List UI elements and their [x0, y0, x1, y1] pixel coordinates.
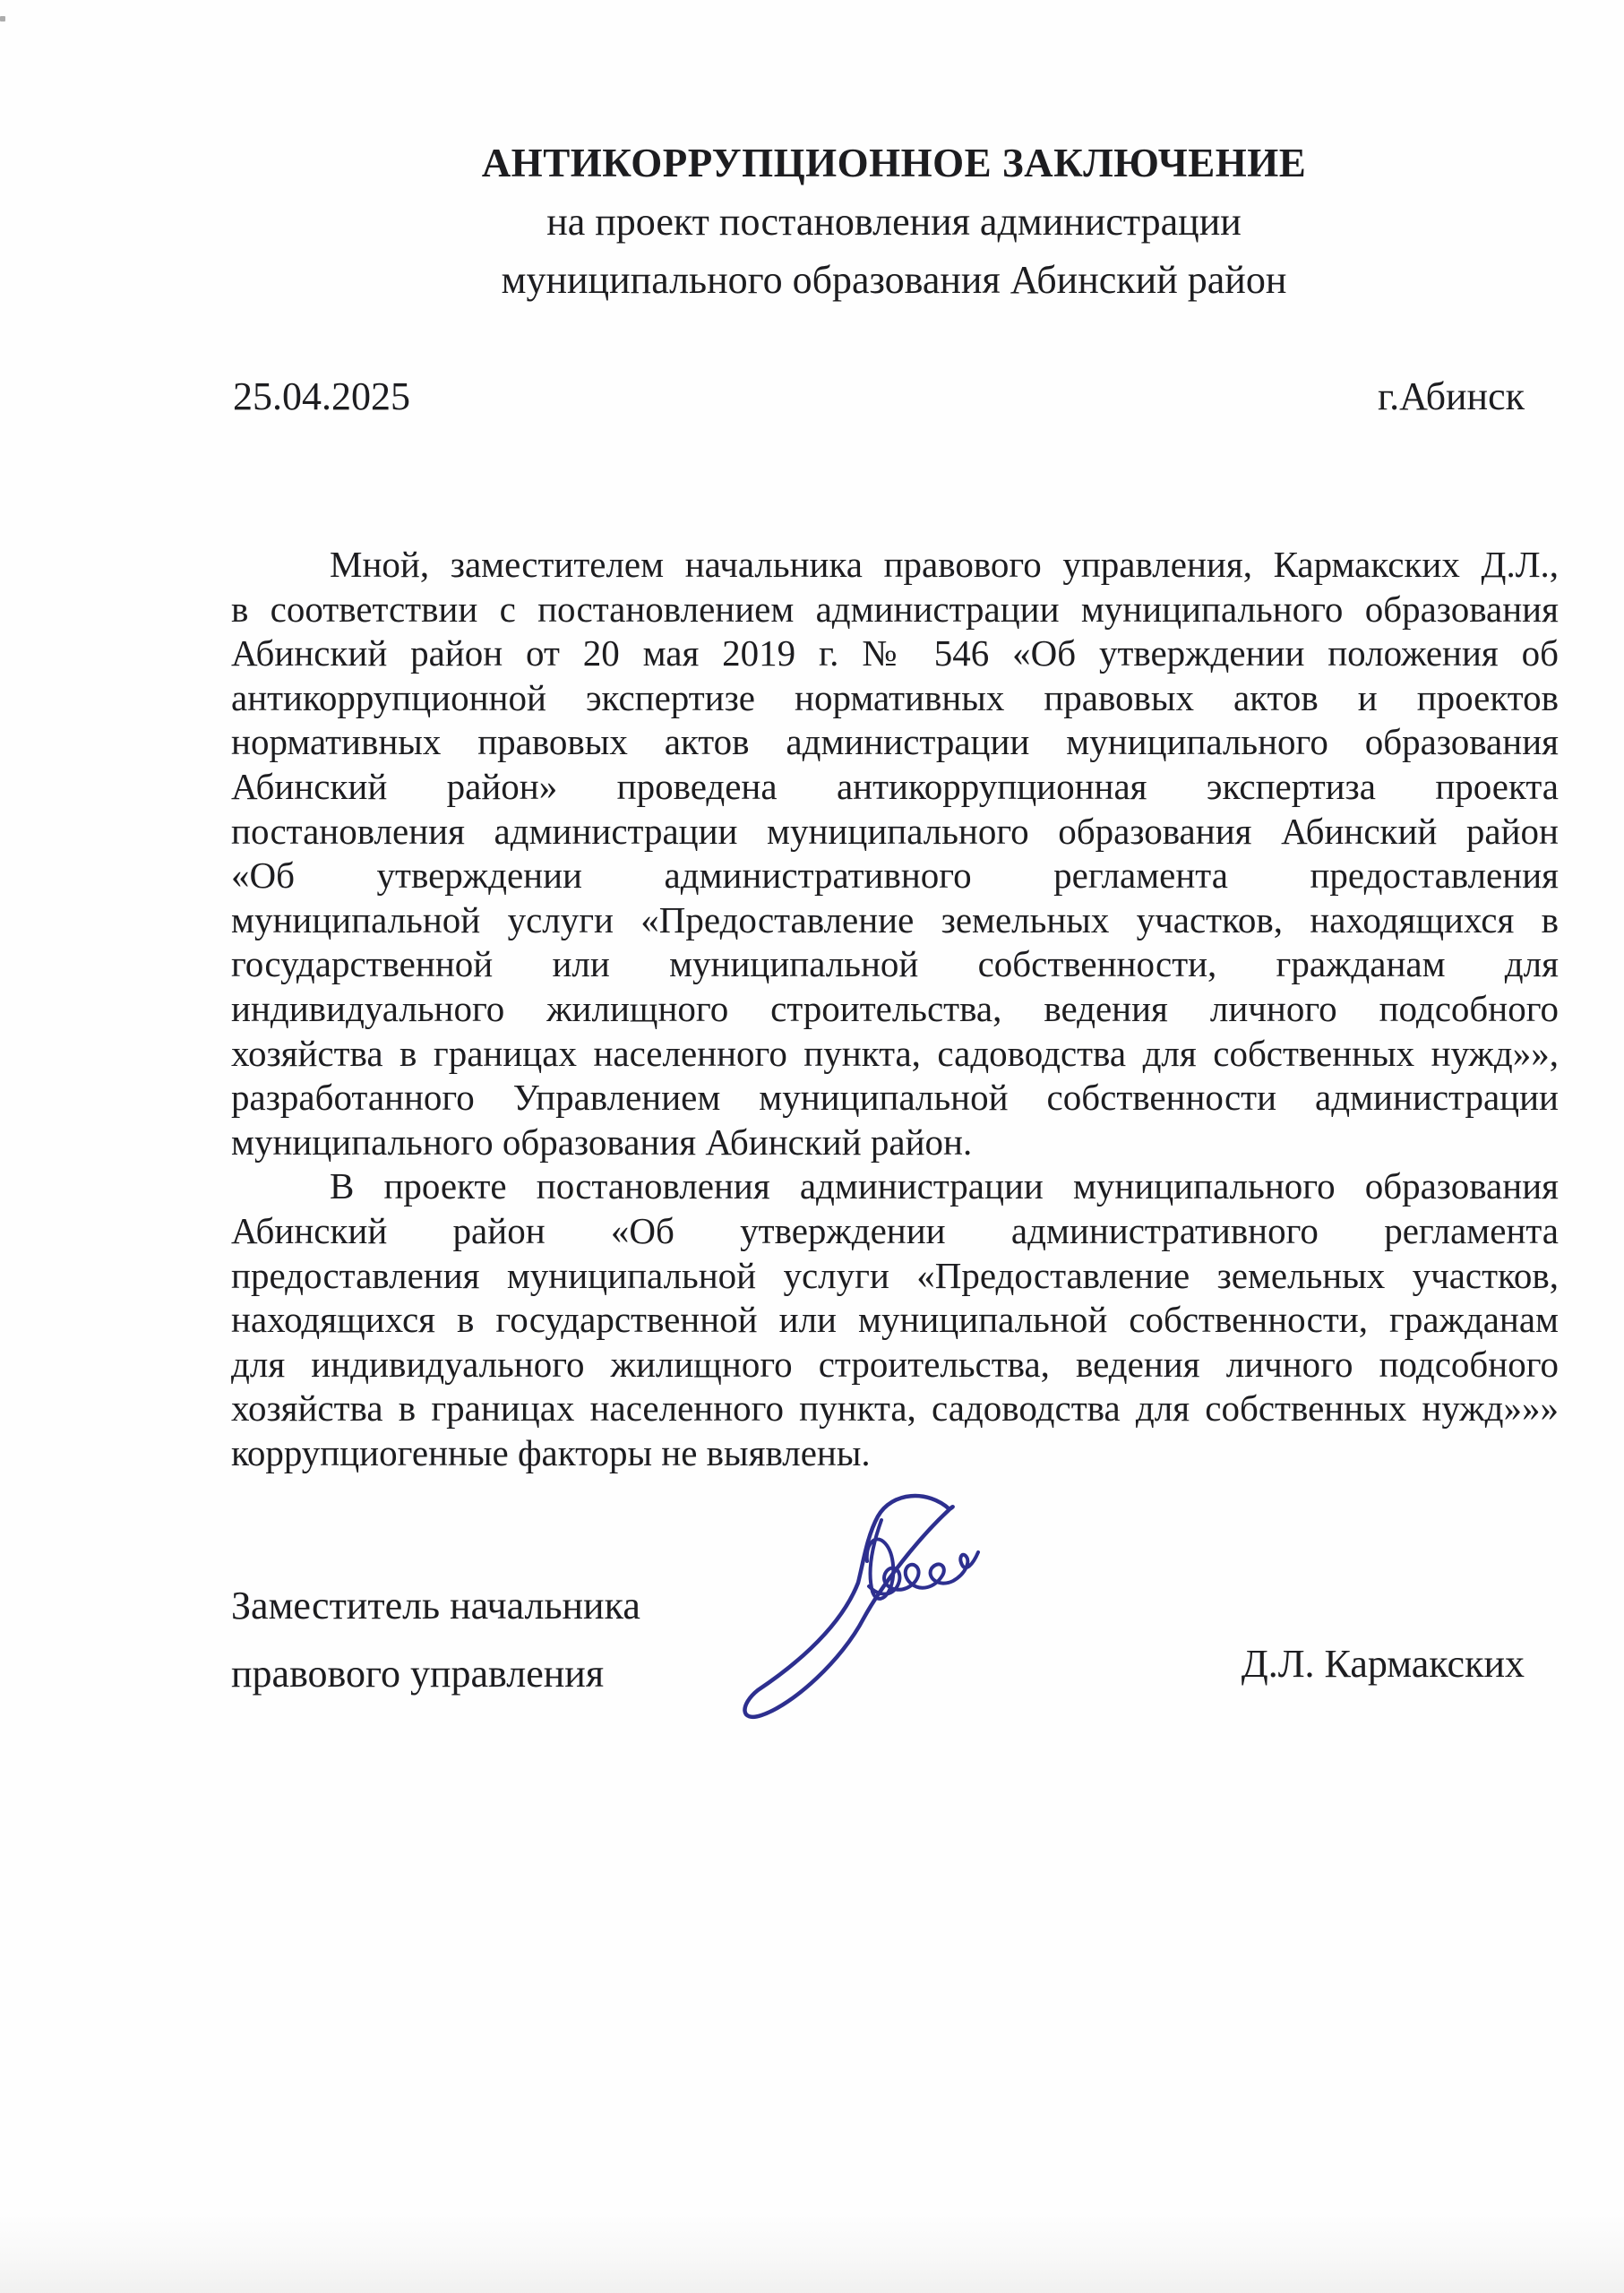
paragraph-line: разработанного Управлением муниципальной… — [231, 1076, 1559, 1121]
scan-edge-artifact — [0, 16, 5, 21]
scanned-document-page: АНТИКОРРУПЦИОННОЕ ЗАКЛЮЧЕНИЕ на проект п… — [0, 0, 1624, 2293]
paragraph-line: хозяйства в границах населенного пункта,… — [231, 1387, 1559, 1431]
scan-noise-strip — [0, 2212, 1624, 2293]
paragraph-line: государственной или муниципальной собств… — [231, 942, 1559, 987]
paragraph-line: постановления администрации муниципально… — [231, 810, 1559, 855]
paragraph-line: нормативных правовых актов администрации… — [231, 720, 1559, 765]
document-title-block: АНТИКОРРУПЦИОННОЕ ЗАКЛЮЧЕНИЕ на проект п… — [231, 134, 1557, 309]
document-subtitle-line-2: муниципального образования Абинский райо… — [231, 251, 1557, 309]
paragraph-line: хозяйства в границах населенного пункта,… — [231, 1032, 1559, 1077]
paragraph-line: В проекте постановления администрации му… — [231, 1164, 1559, 1209]
paragraph-line: муниципального образования Абинский райо… — [231, 1121, 1559, 1165]
signer-position: Заместитель начальника правового управле… — [231, 1572, 640, 1708]
paragraph-line: находящихся в государственной или муници… — [231, 1298, 1559, 1343]
signature-block: Заместитель начальника правового управле… — [231, 1572, 1525, 1787]
document-subtitle-line-1: на проект постановления администрации — [231, 193, 1557, 251]
paragraph-line: в соответствии с постановлением админист… — [231, 588, 1559, 632]
signer-position-line-1: Заместитель начальника — [231, 1572, 640, 1640]
date-place-row: 25.04.2025 г.Абинск — [233, 374, 1525, 419]
paragraph-line: «Об утверждении административного реглам… — [231, 854, 1559, 898]
document-body: Мной, заместителем начальника правового … — [231, 543, 1559, 1475]
paragraph-line: предоставления муниципальной услуги «Пре… — [231, 1254, 1559, 1299]
document-date: 25.04.2025 — [233, 374, 410, 419]
signer-position-line-2: правового управления — [231, 1640, 640, 1708]
paragraph-line: для индивидуального жилищного строительс… — [231, 1343, 1559, 1387]
paragraph-line: Абинский район» проведена антикоррупцион… — [231, 765, 1559, 810]
paragraph-line: Абинский район от 20 мая 2019 г. № 546 «… — [231, 631, 1559, 676]
signature-ink — [706, 1482, 1015, 1782]
paragraph-line: индивидуального жилищного строительства,… — [231, 987, 1559, 1032]
paragraph-line: муниципальной услуги «Предоставление зем… — [231, 898, 1559, 943]
document-title: АНТИКОРРУПЦИОННОЕ ЗАКЛЮЧЕНИЕ — [231, 134, 1557, 193]
document-place: г.Абинск — [1378, 374, 1525, 419]
paragraph-line: Мной, заместителем начальника правового … — [231, 543, 1559, 588]
signer-name: Д.Л. Кармакских — [1242, 1642, 1525, 1687]
paragraph-line: антикоррупционной экспертизе нормативных… — [231, 676, 1559, 721]
paragraph-line: коррупциогенные факторы не выявлены. — [231, 1431, 1559, 1476]
paragraph-line: Абинский район «Об утверждении администр… — [231, 1209, 1559, 1254]
